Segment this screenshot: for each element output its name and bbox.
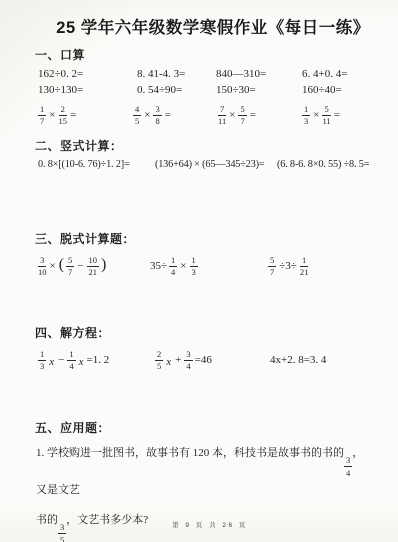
operator: − [76,260,84,272]
numerator: 1 [38,350,46,361]
variable-x: x [49,356,54,368]
oral-fraction-item: 711 × 57 = [218,105,302,126]
oral-item: 6. 4+0. 4= [302,68,398,80]
denominator: 5 [60,534,64,542]
stepwise-expression-1: 310 × ( 57 − 1021 ) [38,256,150,277]
oral-item: 162÷0. 2= [38,68,137,80]
section-heading-vertical: 二、竖式计算： [35,137,398,154]
operator: × [228,109,236,121]
denominator: 10 [38,267,47,277]
oral-item: 150÷30= [216,84,302,96]
numerator: 5 [66,256,74,267]
denominator: 5 [157,361,161,371]
numerator: 5 [238,105,246,116]
oral-item: 8. 41-4. 3= [137,68,216,80]
operand: 35÷ [150,260,167,272]
denominator: 4 [186,361,190,371]
fraction: 511 [322,105,330,126]
variable-x: x [79,356,84,368]
equals-sign: = [333,109,341,121]
fraction: 13 [302,105,310,126]
numerator: 5 [322,105,330,116]
page-number: 第 9 页 共 26 页 [11,520,398,529]
denominator: 8 [155,116,159,126]
operator: ÷3÷ [278,260,298,272]
operator: × [143,109,151,121]
denominator: 7 [270,267,274,277]
stepwise-row: 310 × ( 57 − 1021 ) 35÷ 14 × 13 57 ÷3÷ 1… [0,252,398,280]
fraction: 13 [38,350,46,371]
oral-fraction-item: 45 × 38 = [133,105,218,126]
operator: × [48,109,56,121]
fraction: 57 [238,105,246,126]
denominator: 21 [300,267,309,277]
operator: × [49,260,57,272]
stepwise-expression-3: 57 ÷3÷ 121 [268,256,398,277]
denominator: 7 [68,267,72,277]
working-space [0,170,398,230]
equals-sign: = [69,109,77,121]
word-problem-line-1: 1. 学校购进一批图书，故事书有 120 本，科技书是故事书的书的34，又是文艺 [36,440,368,503]
stepwise-expression-2: 35÷ 14 × 13 [150,256,268,277]
fraction: 215 [58,105,67,126]
worksheet-page: 25 学年六年级数学寒假作业《每日一练》 一、口算 162÷0. 2= 8. 4… [0,0,398,542]
page-title: 25 学年六年级数学寒假作业《每日一练》 [14,14,398,38]
fraction: 57 [66,256,74,277]
numerator: 1 [38,105,46,116]
operator: × [179,260,187,272]
denominator: 3 [192,267,196,277]
fraction: 711 [218,105,226,126]
denominator: 4 [69,361,73,371]
numerator: 10 [87,256,100,267]
numerator: 3 [38,256,46,267]
numerator: 3 [153,105,161,116]
denominator: 15 [58,116,67,126]
fraction: 14 [67,350,75,371]
fraction: 310 [38,256,47,277]
equals-sign: = [249,109,257,121]
oral-item: 840—310= [216,68,302,80]
denominator: 11 [323,116,331,126]
vertical-item: (6. 8-6. 8×0. 55) ÷8. 5= [277,159,398,170]
oral-row-fractions: 17 × 215 = 45 × 38 = 711 × 57 = 13 × 511… [0,103,398,127]
fraction: 57 [268,256,276,277]
working-space [0,280,398,324]
section-heading-equations: 四、解方程： [35,324,398,341]
section-heading-applied: 五、应用题： [35,419,398,436]
equations-row: 13 x − 14 x =1. 2 25 x + 34 =46 4x+2. 8=… [0,347,398,373]
oral-item: 160÷40= [302,84,398,96]
vertical-item: 0. 8×[(10-6. 76)÷1. 2]= [38,159,155,170]
numerator: 1 [302,105,310,116]
numerator: 3 [184,350,192,361]
denominator: 3 [40,361,44,371]
denominator: 3 [304,116,308,126]
fraction: 25 [155,350,163,371]
equation-3: 4x+2. 8=3. 4 [270,354,398,366]
vertical-row: 0. 8×[(10-6. 76)÷1. 2]= (136+64) × (65—3… [0,159,398,170]
numerator: 1 [190,256,198,267]
numerator: 2 [155,350,163,361]
denominator: 5 [135,116,139,126]
problem-text: 1. 学校购进一批图书，故事书有 120 本，科技书是故事书的书的 [36,447,344,459]
denominator: 11 [218,116,226,126]
numerator: 4 [133,105,141,116]
variable-x: x [166,356,171,368]
fraction: 34 [344,456,352,477]
fraction: 38 [153,105,161,126]
fraction: 34 [184,350,192,371]
working-space [0,373,398,419]
operator: − [57,354,65,366]
equation-rhs: =1. 2 [87,354,110,366]
fraction: 17 [38,105,46,126]
numerator: 7 [218,105,226,116]
oral-fraction-item: 17 × 215 = [38,105,133,126]
denominator: 7 [240,116,244,126]
vertical-item: (136+64) × (65—345÷23)= [155,159,277,170]
fraction: 121 [300,256,309,277]
numerator: 5 [268,256,276,267]
numerator: 1 [300,256,308,267]
denominator: 21 [89,267,98,277]
equals-sign: = [164,109,172,121]
operator: × [312,109,320,121]
numerator: 2 [59,105,67,116]
fraction: 1021 [87,256,100,277]
oral-fraction-item: 13 × 511 = [302,105,398,126]
oral-row-1: 162÷0. 2= 8. 41-4. 3= 840—310= 6. 4+0. 4… [0,68,398,80]
numerator: 1 [169,256,177,267]
numerator: 1 [67,350,75,361]
oral-item: 130÷130= [38,84,137,96]
section-heading-oral: 一、口算 [35,46,398,63]
denominator: 4 [346,467,350,477]
left-paren: ( [59,257,64,273]
fraction: 13 [190,256,198,277]
fraction: 14 [169,256,177,277]
denominator: 7 [40,116,44,126]
oral-row-2: 130÷130= 0. 54÷90= 150÷30= 160÷40= [0,84,398,96]
oral-item: 0. 54÷90= [137,84,216,96]
section-heading-stepwise: 三、脱式计算题： [35,230,398,247]
denominator: 4 [171,267,175,277]
equation-2: 25 x + 34 =46 [155,350,270,371]
equation-rhs: =46 [195,354,212,366]
numerator: 3 [344,456,352,467]
equation-1: 13 x − 14 x =1. 2 [38,350,155,371]
fraction: 45 [133,105,141,126]
operator: + [174,354,182,366]
right-paren: ) [101,257,106,273]
